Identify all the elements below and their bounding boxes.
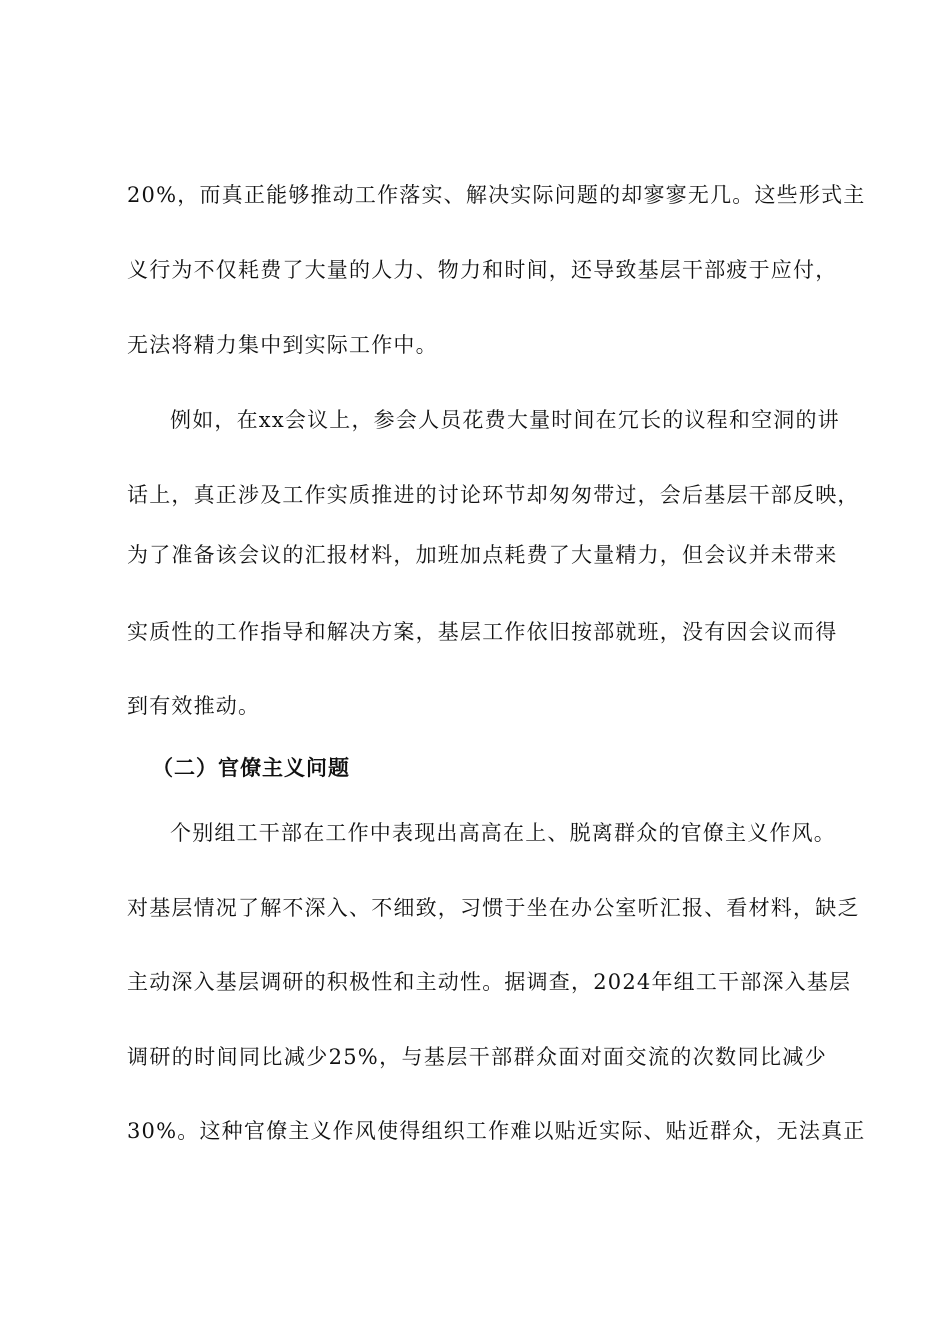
paragraph-line: 到有效推动。 bbox=[127, 691, 827, 721]
document-page: 20%，而真正能够推动工作落实、解决实际问题的却寥寥无几。这些形式主 义行为不仅… bbox=[0, 0, 950, 1344]
section-heading: （二）官僚主义问题 bbox=[152, 753, 350, 783]
paragraph-line: 对基层情况了解不深入、不细致，习惯于坐在办公室听汇报、看材料，缺乏 bbox=[127, 893, 827, 923]
paragraph-line: 主动深入基层调研的积极性和主动性。据调查，2024年组工干部深入基层 bbox=[127, 967, 827, 997]
paragraph-line: 义行为不仅耗费了大量的人力、物力和时间，还导致基层干部疲于应付， bbox=[127, 255, 827, 285]
paragraph-line: 为了准备该会议的汇报材料，加班加点耗费了大量精力，但会议并未带来 bbox=[127, 540, 827, 570]
paragraph-line: 个别组工干部在工作中表现出高高在上、脱离群众的官僚主义作风。 bbox=[170, 818, 827, 848]
paragraph-line: 例如，在xx会议上，参会人员花费大量时间在冗长的议程和空洞的讲 bbox=[170, 405, 827, 435]
paragraph-line: 调研的时间同比减少25%，与基层干部群众面对面交流的次数同比减少 bbox=[127, 1042, 827, 1072]
paragraph-line: 20%，而真正能够推动工作落实、解决实际问题的却寥寥无几。这些形式主 bbox=[127, 180, 827, 210]
paragraph-line: 无法将精力集中到实际工作中。 bbox=[127, 330, 827, 360]
paragraph-line: 30%。这种官僚主义作风使得组织工作难以贴近实际、贴近群众，无法真正 bbox=[127, 1116, 827, 1146]
paragraph-line: 实质性的工作指导和解决方案，基层工作依旧按部就班，没有因会议而得 bbox=[127, 617, 827, 647]
paragraph-line: 话上，真正涉及工作实质推进的讨论环节却匆匆带过，会后基层干部反映， bbox=[127, 480, 827, 510]
